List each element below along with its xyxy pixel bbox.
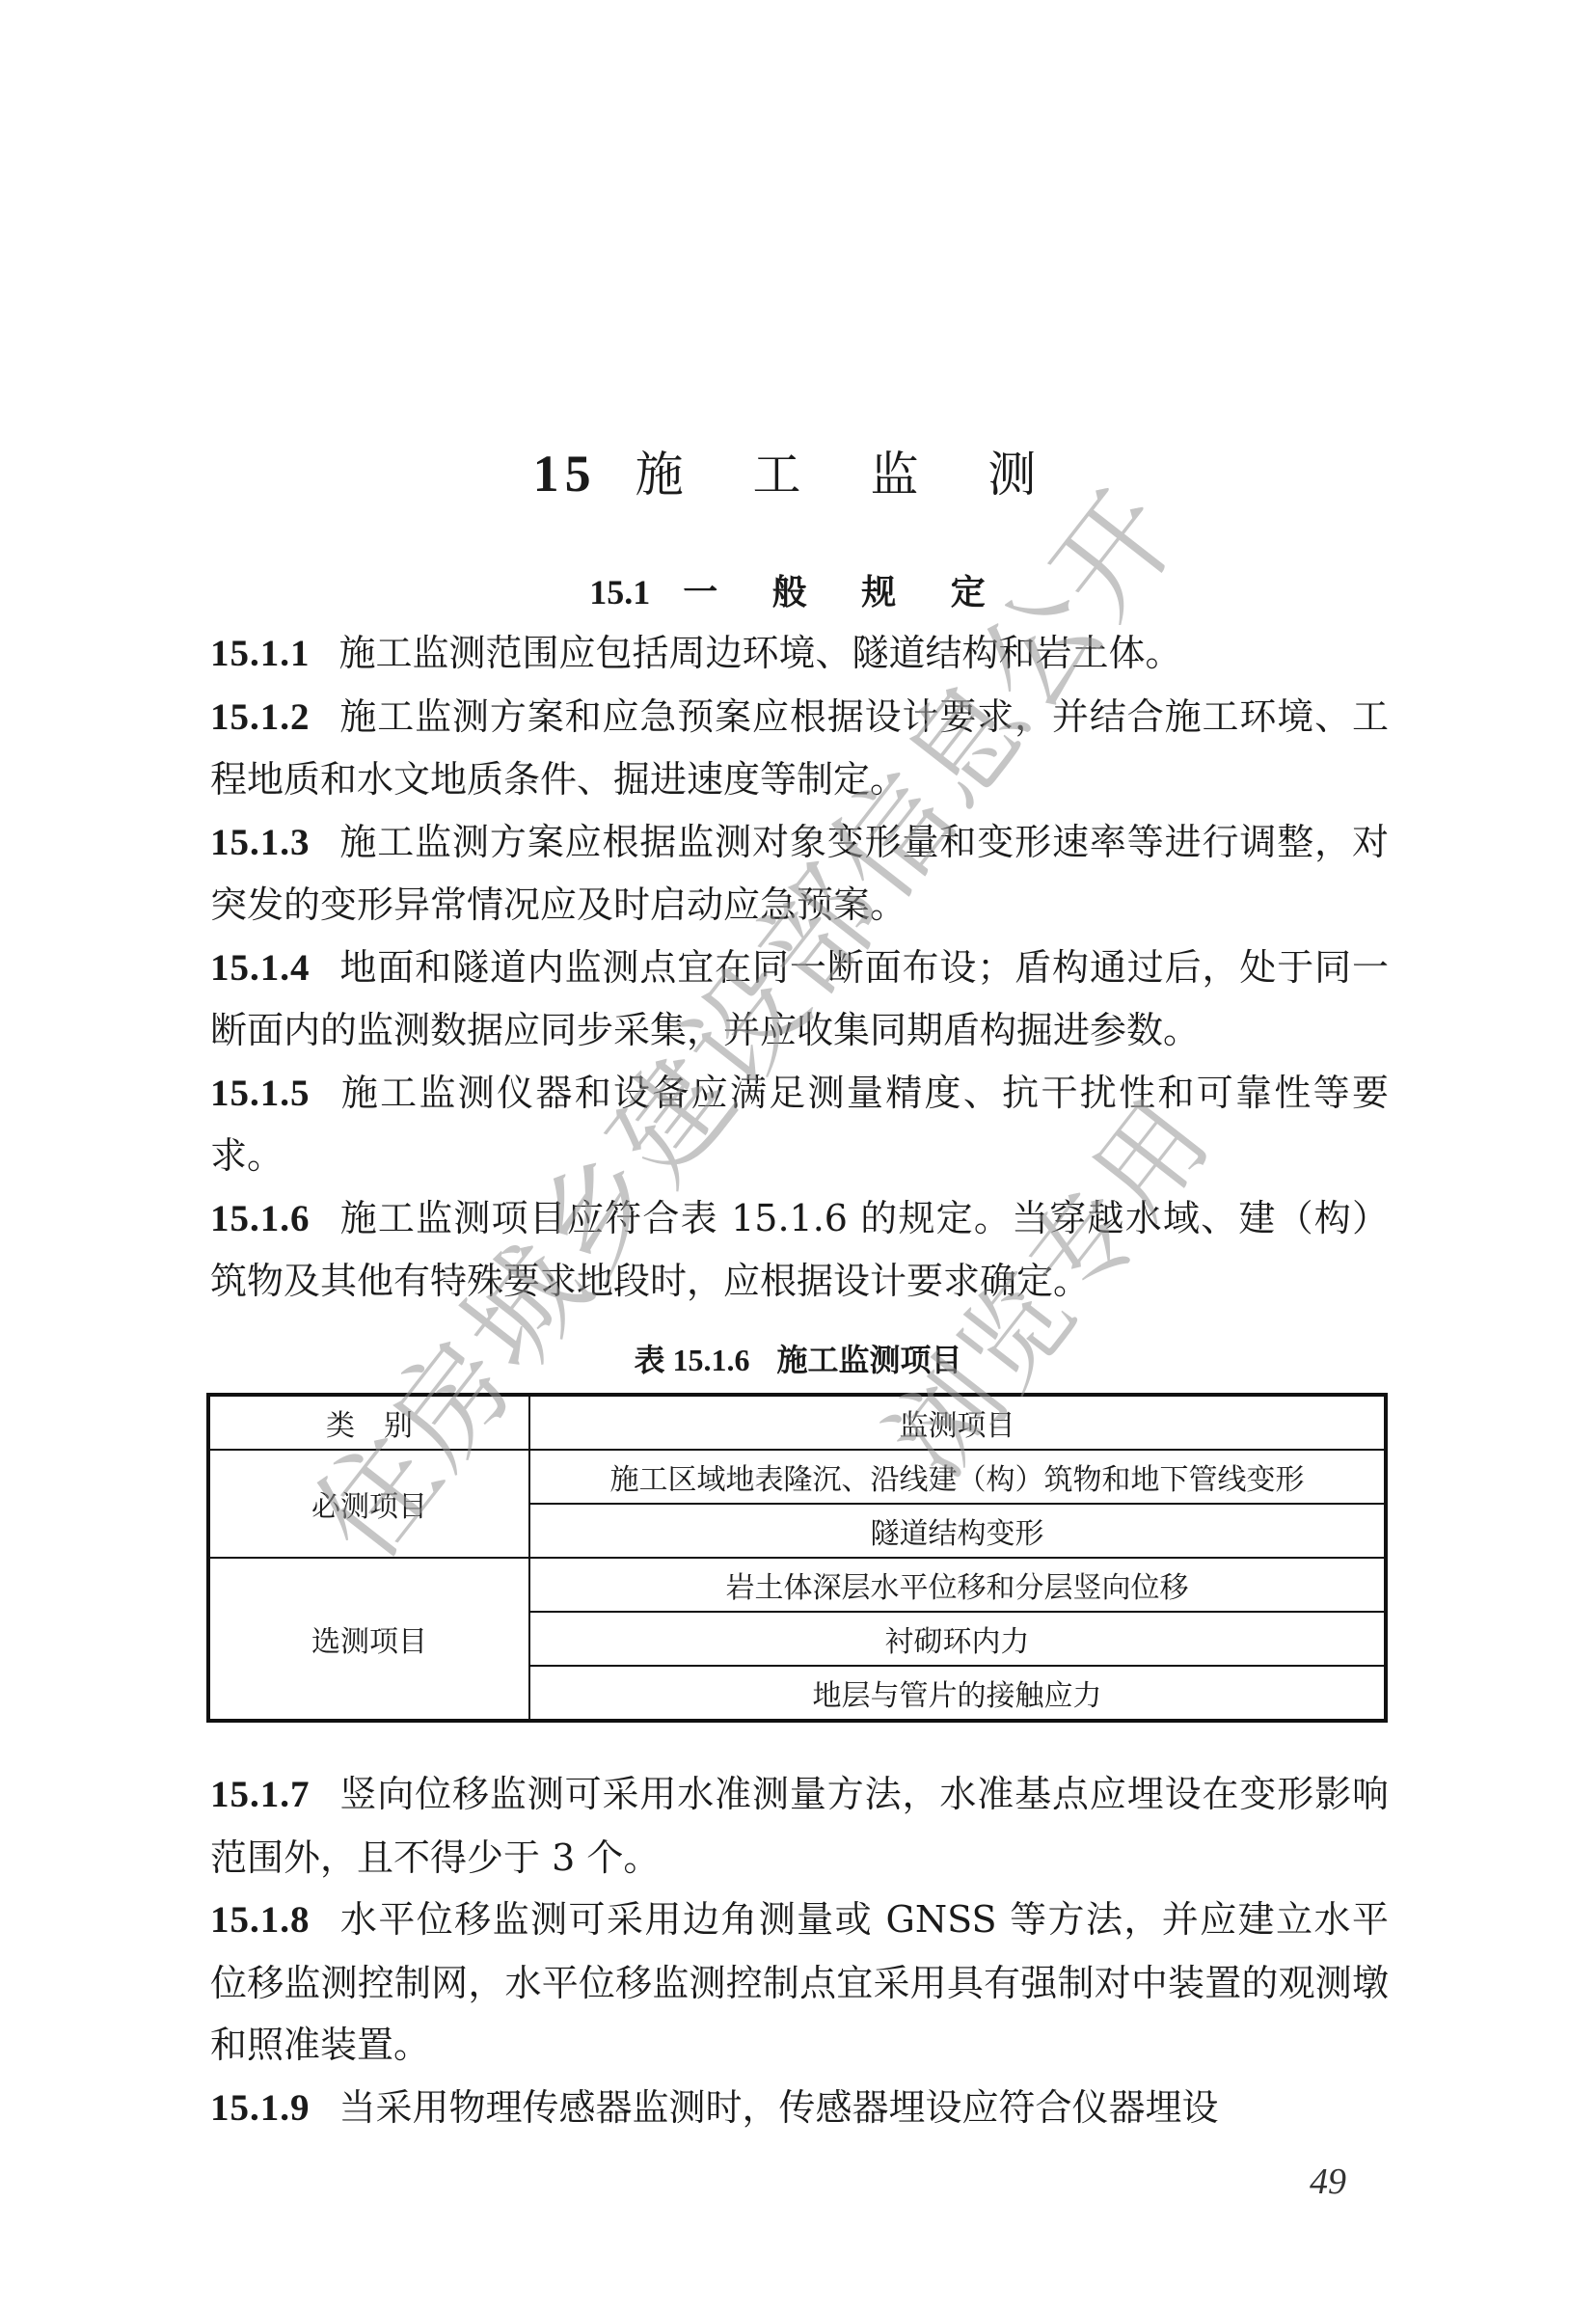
clause-text: 施工监测项目应符合表 15.1.6 的规定。当穿越水域、建（构）筑物及其他有特殊… — [210, 1197, 1389, 1303]
clause-number: 15.1.5 — [210, 1073, 311, 1114]
clause-text: 地面和隧道内监测点宜在同一断面布设；盾构通过后，处于同一断面内的监测数据应同步采… — [210, 946, 1389, 1052]
clause-15-1-2: 15.1.2施工监测方案和应急预案应根据设计要求，并结合施工环境、工程地质和水文… — [210, 686, 1389, 811]
category-cell-optional: 选测项目 — [208, 1558, 529, 1721]
clause-number: 15.1.9 — [210, 2087, 311, 2129]
item-cell: 衬砌环内力 — [529, 1612, 1386, 1666]
item-cell: 岩土体深层水平位移和分层竖向位移 — [529, 1558, 1386, 1612]
clause-15-1-1: 15.1.1施工监测范围应包括周边环境、隧道结构和岩土体。 — [210, 622, 1389, 686]
clause-15-1-8: 15.1.8水平位移监测可采用边角测量或 GNSS 等方法，并应建立水平位移监测… — [210, 1889, 1389, 2077]
clause-text: 竖向位移监测可采用水准测量方法，水准基点应埋设在变形影响范围外，且不得少于 3 … — [210, 1773, 1389, 1879]
section-number: 15.1 — [589, 573, 650, 612]
clause-15-1-4: 15.1.4地面和隧道内监测点宜在同一断面布设；盾构通过后，处于同一断面内的监测… — [210, 937, 1389, 1062]
clause-text: 施工监测方案应根据监测对象变形量和变形速率等进行调整，对突发的变形异常情况应及时… — [210, 821, 1389, 927]
clause-text: 当采用物理传感器监测时，传感器埋设应符合仪器埋设 — [339, 2086, 1219, 2129]
chapter-title: 15施 工 监 测 — [0, 436, 1596, 505]
category-cell-required: 必测项目 — [208, 1450, 529, 1558]
monitoring-items-table: 类 别 监测项目 必测项目 施工区域地表隆沉、沿线建（构）筑物和地下管线变形 隧… — [206, 1393, 1388, 1723]
page-number: 49 — [1310, 2161, 1346, 2203]
clause-text: 水平位移监测可采用边角测量或 GNSS 等方法，并应建立水平位移监测控制网，水平… — [210, 1898, 1389, 2066]
clause-number: 15.1.3 — [210, 822, 311, 863]
table-caption: 表 15.1.6施工监测项目 — [0, 1336, 1596, 1380]
table-header-row: 类 别 监测项目 — [208, 1395, 1386, 1450]
table-title: 施工监测项目 — [777, 1342, 962, 1378]
clause-text: 施工监测方案和应急预案应根据设计要求，并结合施工环境、工程地质和水文地质条件、掘… — [210, 695, 1389, 802]
clause-text: 施工监测仪器和设备应满足测量精度、抗干扰性和可靠性等要求。 — [210, 1072, 1389, 1178]
clauses-before-table: 15.1.1施工监测范围应包括周边环境、隧道结构和岩土体。 15.1.2施工监测… — [210, 622, 1389, 1313]
clause-number: 15.1.7 — [210, 1774, 311, 1815]
clause-number: 15.1.1 — [210, 633, 311, 674]
table-row: 必测项目 施工区域地表隆沉、沿线建（构）筑物和地下管线变形 — [208, 1450, 1386, 1504]
clause-number: 15.1.6 — [210, 1198, 311, 1239]
clause-number: 15.1.4 — [210, 947, 311, 989]
chapter-number: 15 — [533, 445, 597, 503]
chapter-title-text: 施 工 监 测 — [636, 447, 1064, 503]
header-category: 类 别 — [208, 1395, 529, 1450]
clauses-after-table: 15.1.7竖向位移监测可采用水准测量方法，水准基点应埋设在变形影响范围外，且不… — [210, 1763, 1389, 2139]
table-row: 选测项目 岩土体深层水平位移和分层竖向位移 — [208, 1558, 1386, 1612]
clause-number: 15.1.8 — [210, 1899, 311, 1941]
clause-15-1-7: 15.1.7竖向位移监测可采用水准测量方法，水准基点应埋设在变形影响范围外，且不… — [210, 1763, 1389, 1889]
clause-15-1-3: 15.1.3施工监测方案应根据监测对象变形量和变形速率等进行调整，对突发的变形异… — [210, 811, 1389, 937]
section-title-text: 一 般 规 定 — [683, 572, 1007, 612]
clause-text: 施工监测范围应包括周边环境、隧道结构和岩土体。 — [339, 632, 1182, 674]
item-cell: 隧道结构变形 — [529, 1504, 1386, 1558]
clause-number: 15.1.2 — [210, 696, 311, 738]
item-cell: 地层与管片的接触应力 — [529, 1666, 1386, 1721]
clause-15-1-9: 15.1.9当采用物理传感器监测时，传感器埋设应符合仪器埋设 — [210, 2077, 1389, 2140]
item-cell: 施工区域地表隆沉、沿线建（构）筑物和地下管线变形 — [529, 1450, 1386, 1504]
table-number: 表 15.1.6 — [634, 1343, 749, 1377]
document-page: 15施 工 监 测 15.1一 般 规 定 15.1.1施工监测范围应包括周边环… — [0, 0, 1596, 2311]
clause-15-1-5: 15.1.5施工监测仪器和设备应满足测量精度、抗干扰性和可靠性等要求。 — [210, 1062, 1389, 1187]
header-monitoring-item: 监测项目 — [529, 1395, 1386, 1450]
section-title: 15.1一 般 规 定 — [0, 565, 1596, 614]
clause-15-1-6: 15.1.6施工监测项目应符合表 15.1.6 的规定。当穿越水域、建（构）筑物… — [210, 1187, 1389, 1313]
